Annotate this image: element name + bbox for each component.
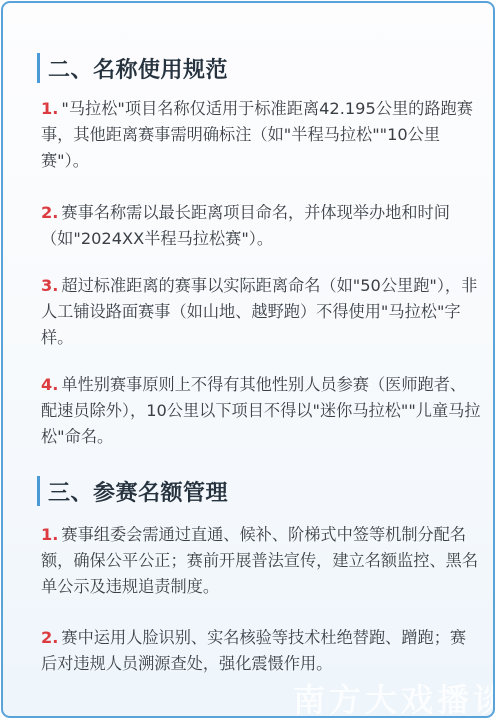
list-item: 1."马拉松"项目名称仅适用于标准距离42.195公里的路跑赛事，其他距离赛事需…	[41, 96, 481, 174]
section-title: 三、参赛名额管理	[48, 476, 228, 507]
section-heading-naming: 二、名称使用规范	[37, 53, 228, 83]
item-text: "马拉松"项目名称仅适用于标准距离42.195公里的路跑赛事，其他距离赛事需明确…	[41, 99, 473, 170]
heading-accent-bar	[37, 53, 40, 83]
item-text: 赛事名称需以最长距离项目命名，并体现举办地和时间（如"2024XX半程马拉松赛"…	[41, 203, 450, 248]
item-number: 1.	[41, 525, 58, 544]
document-card: 二、名称使用规范 1."马拉松"项目名称仅适用于标准距离42.195公里的路跑赛…	[1, 1, 495, 718]
list-item: 1.赛事组委会需通过直通、候补、阶梯式中签等机制分配名额，确保公平公正；赛前开展…	[41, 522, 481, 600]
section-heading-quota: 三、参赛名额管理	[37, 476, 228, 506]
list-item: 4.单性别赛事原则上不得有其他性别人员参赛（医师跑者、配速员除外），10公里以下…	[41, 372, 481, 450]
item-text: 单性别赛事原则上不得有其他性别人员参赛（医师跑者、配速员除外），10公里以下项目…	[41, 375, 481, 446]
section-title: 二、名称使用规范	[48, 53, 228, 84]
item-number: 1.	[41, 99, 58, 118]
watermark: 南方大戏播谈	[293, 675, 495, 718]
item-number: 2.	[41, 628, 58, 647]
item-number: 4.	[41, 375, 58, 394]
item-text: 赛事组委会需通过直通、候补、阶梯式中签等机制分配名额，确保公平公正；赛前开展普法…	[41, 525, 478, 596]
list-item: 2.赛事名称需以最长距离项目命名，并体现举办地和时间（如"2024XX半程马拉松…	[41, 200, 481, 252]
list-item: 2.赛中运用人脸识别、实名核验等技术杜绝替跑、蹭跑；赛后对违规人员溯源查处，强化…	[41, 625, 481, 677]
item-text: 超过标准距离的赛事以实际距离命名（如"50公里跑"），非人工铺设路面赛事（如山地…	[41, 276, 477, 347]
item-text: 赛中运用人脸识别、实名核验等技术杜绝替跑、蹭跑；赛后对违规人员溯源查处，强化震慑…	[41, 628, 466, 673]
item-number: 2.	[41, 203, 58, 222]
list-item: 3.超过标准距离的赛事以实际距离命名（如"50公里跑"），非人工铺设路面赛事（如…	[41, 273, 481, 351]
heading-accent-bar	[37, 476, 40, 506]
item-number: 3.	[41, 276, 58, 295]
